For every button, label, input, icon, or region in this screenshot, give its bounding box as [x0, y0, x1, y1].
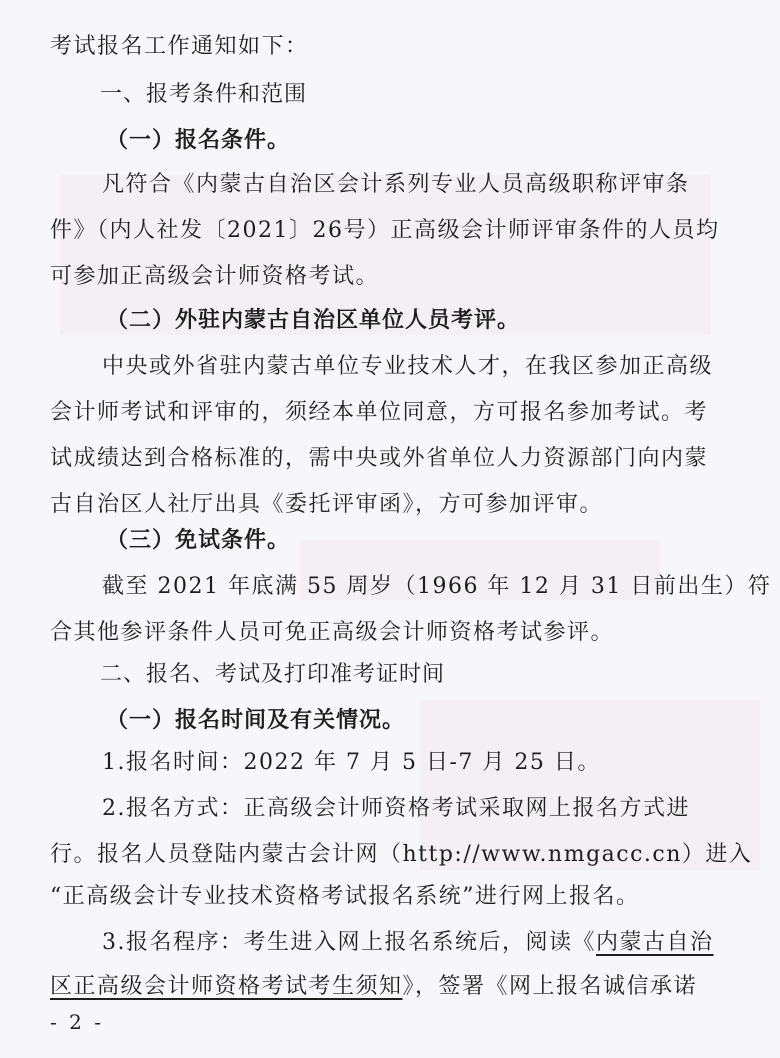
page-number: - 2 - [50, 1010, 104, 1034]
paragraph-line: 行。报名人员登陆内蒙古会计网（http://www.nmgacc.cn）进入 [50, 840, 752, 870]
paragraph-line: 会计师考试和评审的，须经本单位同意，方可报名参加考试。考 [50, 398, 708, 428]
paragraph-line: 试成绩达到合格标准的，需中央或外省单位人力资源部门向内蒙 [50, 444, 708, 474]
paragraph-line: 中央或外省驻内蒙古单位专业技术人才，在我区参加正高级 [102, 352, 713, 382]
paragraph-line: 截至 2021 年底满 55 周岁（1966 年 12 月 31 日前出生）符 [102, 572, 771, 602]
list-item: 1.报名时间：2022 年 7 月 5 日-7 月 25 日。 [102, 748, 601, 778]
document-page: 考试报名工作通知如下： 一、报考条件和范围 （一）报名条件。 凡符合《内蒙古自治… [0, 0, 780, 1058]
section-heading: 二、报名、考试及打印准考证时间 [100, 660, 445, 690]
list-item: 2.报名方式：正高级会计师资格考试采取网上报名方式进 [102, 794, 690, 824]
paragraph-line: 古自治区人社厅出具《委托评审函》，方可参加评审。 [50, 490, 603, 520]
paragraph-line: 可参加正高级会计师资格考试。 [50, 262, 379, 292]
paragraph-line: 凡符合《内蒙古自治区会计系列专业人员高级职称评审条 [102, 170, 690, 200]
paragraph-line: 区正高级会计师资格考试考生须知》，签署《网上报名诚信承诺 [50, 972, 697, 1002]
paragraph-line: “正高级会计专业技术资格考试报名系统”进行网上报名。 [50, 882, 640, 912]
subsection-heading: （一）报名条件。 [106, 126, 290, 156]
paragraph-line: 合其他参评条件人员可免正高级会计师资格考试参评。 [50, 618, 614, 648]
subsection-heading: （一）报名时间及有关情况。 [106, 706, 405, 736]
list-item: 3.报名程序：考生进入网上报名系统后，阅读《内蒙古自治 [102, 928, 714, 958]
intro-text: 考试报名工作通知如下： [50, 32, 309, 62]
underlined-doc-title: 区正高级会计师资格考试考生须知 [50, 974, 403, 999]
paragraph-line: 件》（内人社发〔2021〕26号）正高级会计师评审条件的人员均 [50, 216, 719, 246]
section-heading: 一、报考条件和范围 [100, 80, 307, 110]
item3-prefix: 3.报名程序：考生进入网上报名系统后，阅读《 [102, 930, 596, 955]
item3-suffix: 》，签署《网上报名诚信承诺 [403, 974, 698, 999]
subsection-heading: （二）外驻内蒙古自治区单位人员考评。 [106, 306, 520, 336]
underlined-doc-title: 内蒙古自治 [596, 930, 714, 955]
subsection-heading: （三）免试条件。 [106, 526, 290, 556]
